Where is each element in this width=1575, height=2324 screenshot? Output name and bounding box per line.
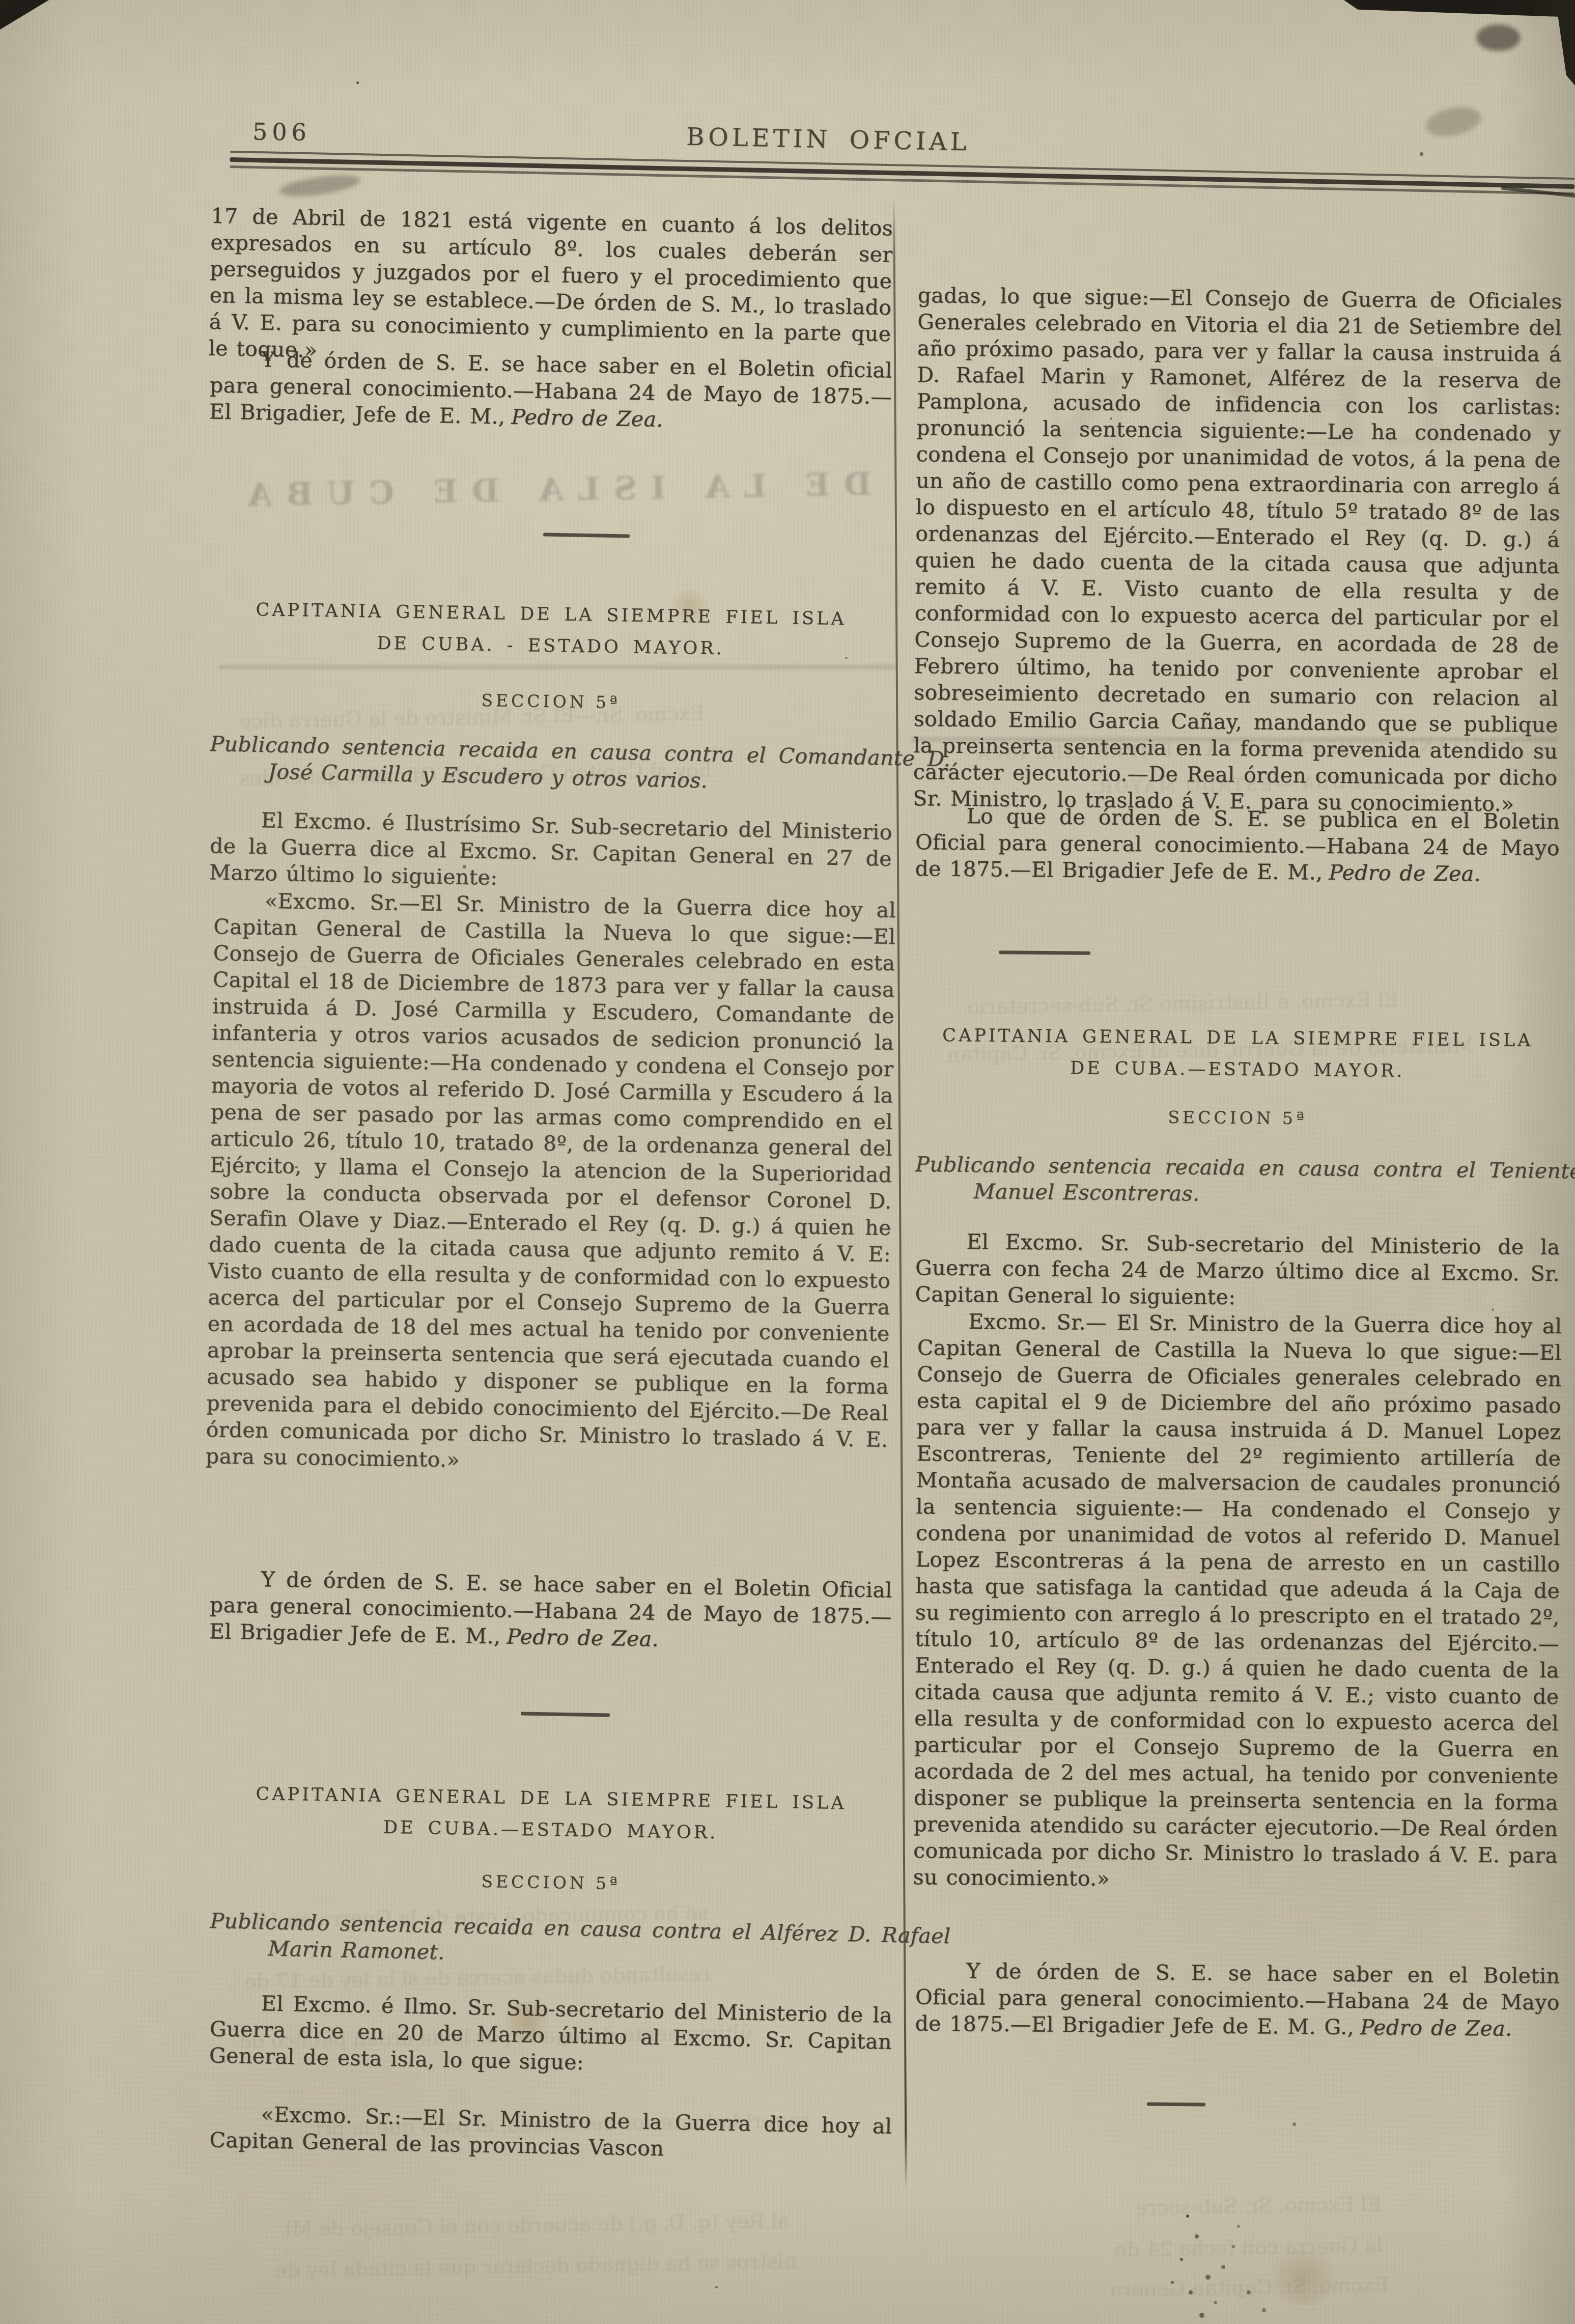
closing-paragraph: Y de órden de S. E. se hace saber en el … <box>209 345 893 436</box>
ink-speck <box>1186 2215 1189 2218</box>
closing-paragraph: Lo que de órden de S. E. se publica en e… <box>915 802 1560 888</box>
closing-paragraph: Y de órden de S. E. se hace saber en el … <box>915 1957 1560 2042</box>
closing-paragraph: Y de órden de S. E. se hace saber en el … <box>209 1565 893 1656</box>
signature: Pedro de Zea. <box>1329 860 1481 886</box>
edge-mark <box>1344 0 1575 17</box>
page-number: 506 <box>252 118 312 146</box>
left-column: 17 de Abril de 1821 está vigente en cuan… <box>210 209 892 2204</box>
ghost-text: la Guerra con fecha 24 de <box>1115 2233 1383 2261</box>
case-subject: Publicando sentencia recaida en causa co… <box>915 1151 1575 1211</box>
right-column: gadas, lo que sigue:—El Consejo de Guerr… <box>915 285 1560 2169</box>
section-heading: CAPITANIA GENERAL DE LA SIEMPRE FIEL ISL… <box>915 1019 1560 1088</box>
section-heading-line2: DE CUBA.—ESTADO MAYOR. <box>915 1051 1559 1088</box>
section-label: SECCION 5ª <box>915 1105 1560 1130</box>
body-paragraph: «Excmo. Sr.:—El Sr. Ministro de la Guerr… <box>209 2100 892 2166</box>
signature: Pedro de Zea. <box>511 405 663 432</box>
ghost-text: El Excmo. Sr. Sub-secre <box>1135 2192 1383 2220</box>
ink-speck <box>356 81 359 84</box>
intro-paragraph: El Excmo. é Ilmo. Sr. Sub-secretario del… <box>209 1989 893 2082</box>
ink-blob <box>1476 24 1520 51</box>
intro-paragraph: El Excmo. Sr. Sub-secretario del Ministe… <box>915 1228 1560 1313</box>
body-paragraph: Excmo. Sr.— El Sr. Ministro de la Guerra… <box>913 1308 1562 1895</box>
stain <box>1262 2250 1344 2306</box>
paragraph-continuation: gadas, lo que sigue:—El Consejo de Guerr… <box>913 282 1562 818</box>
ghost-text: al Rey (q. D. g.) de acuerdo con el Cons… <box>285 2209 790 2241</box>
section-heading: CAPITANIA GENERAL DE LA SIEMPRE FIEL ISL… <box>209 593 892 667</box>
body-paragraph: «Excmo. Sr.—El Sr. Ministro de la Guerra… <box>206 887 896 1479</box>
intro-paragraph: El Excmo. é Ilustrísimo Sr. Sub-secretar… <box>209 806 893 899</box>
ghost-text: Excmo. Sr. Capitan Genera <box>1110 2273 1389 2302</box>
column-divider <box>893 198 907 2191</box>
section-label: SECCION 5ª <box>210 686 892 716</box>
ghost-text: nistros se ha dignado declarar que la ci… <box>275 2250 797 2282</box>
edge-mark <box>1556 0 1575 86</box>
section-heading: CAPITANIA GENERAL DE LA SIEMPRE FIEL ISL… <box>209 1777 892 1851</box>
section-heading-line1: CAPITANIA GENERAL DE LA SIEMPRE FIEL ISL… <box>915 1019 1560 1056</box>
ink-blob <box>278 172 361 200</box>
masthead: BOLETIN OFCIAL <box>686 123 971 157</box>
case-subject: Publicando sentencia recaida en causa co… <box>209 1908 951 1976</box>
header-rule <box>230 151 1574 195</box>
ink-blob <box>1423 102 1484 141</box>
section-label: SECCION 5ª <box>210 1867 892 1897</box>
edge-mark <box>0 0 49 30</box>
case-subject: Publicando sentencia recaida en causa co… <box>209 731 951 799</box>
signature: Pedro de Zea. <box>1360 2015 1512 2041</box>
signature: Pedro de Zea. <box>507 1625 659 1651</box>
scanned-bulletin-page: DE LA ISLA DE CUBA BOLETIN Excmo. Sr.—El… <box>0 0 1575 2324</box>
